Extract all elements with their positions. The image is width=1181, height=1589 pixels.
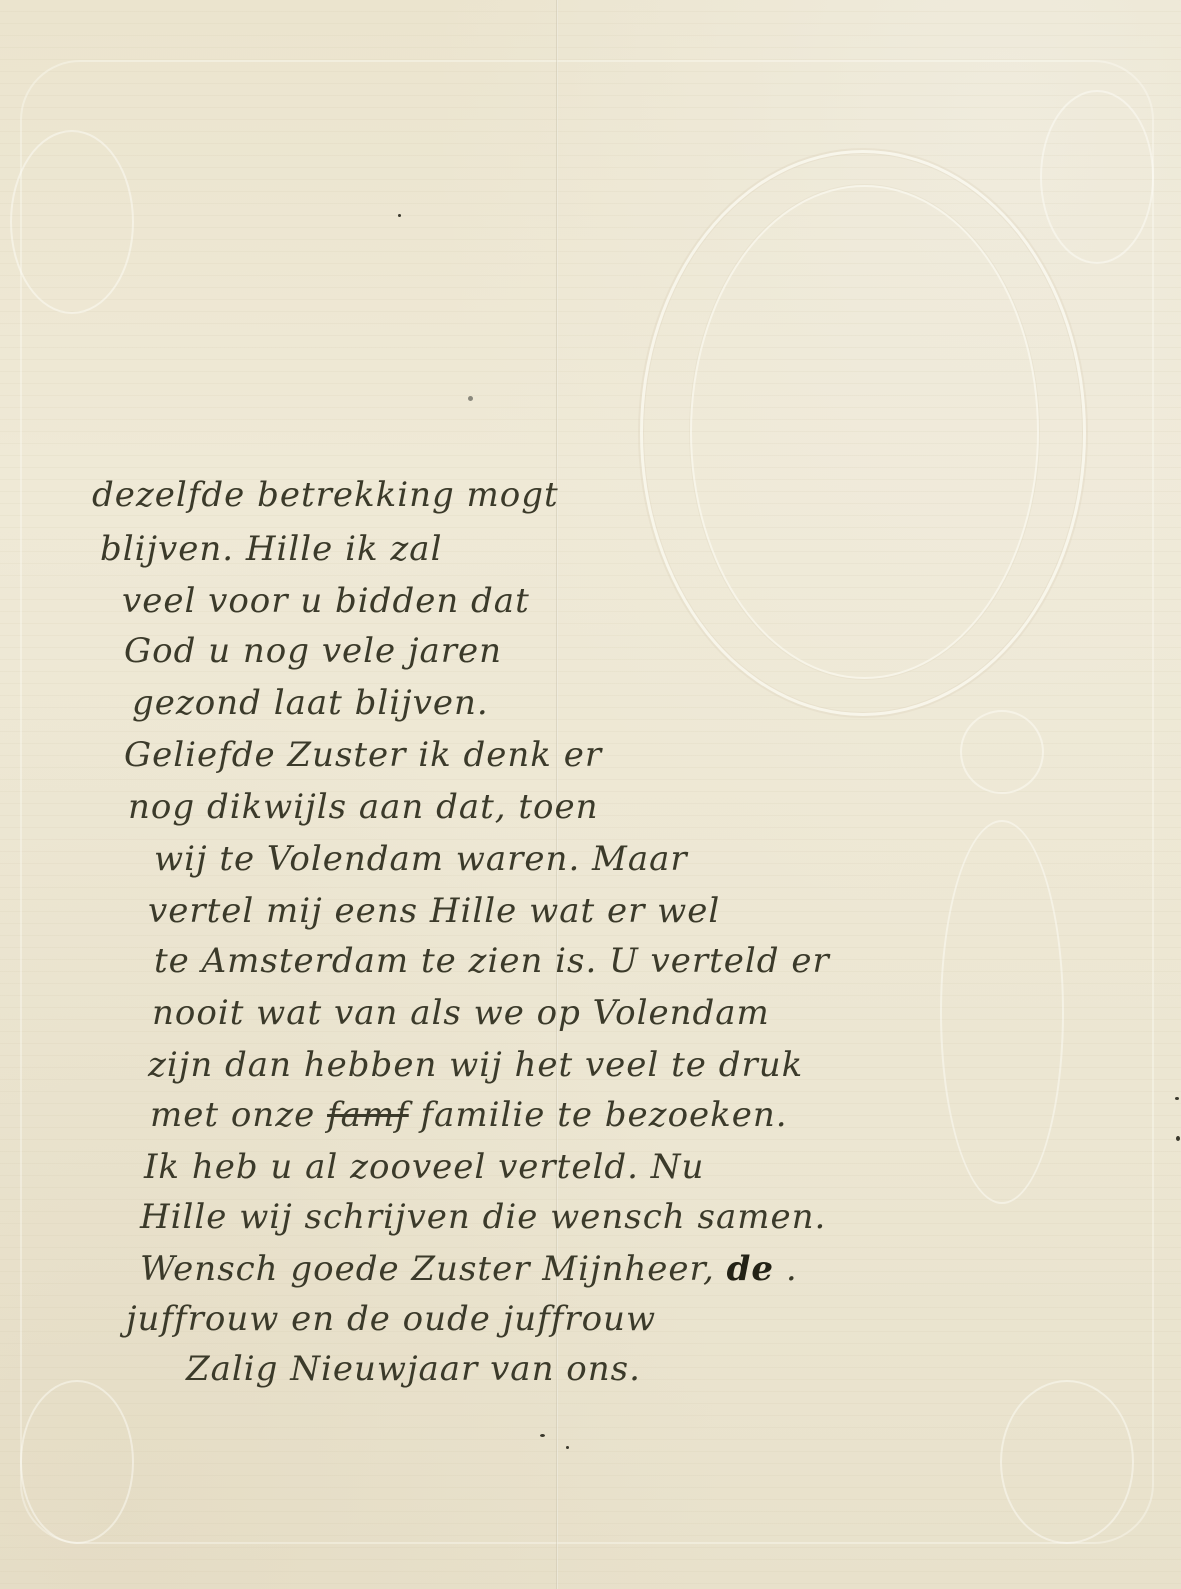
letter-line: Wensch goede Zuster Mijnheer, de . xyxy=(140,1252,798,1286)
struck-out-word: famf xyxy=(327,1095,409,1135)
letter-line: wij te Volendam waren. Maar xyxy=(154,842,688,876)
letter-line: veel voor u bidden dat xyxy=(122,584,530,618)
overwritten-word: de xyxy=(727,1249,774,1289)
letter-line: dezelfde betrekking mogt xyxy=(92,478,559,512)
line-text: met onze xyxy=(150,1095,315,1135)
letter-line: te Amsterdam te zien is. U verteld er xyxy=(154,944,830,978)
line-text: Wensch goede Zuster Mijnheer, xyxy=(140,1249,715,1289)
letter-line: God u nog vele jaren xyxy=(124,634,502,668)
letter-line: vertel mij eens Hille wat er wel xyxy=(148,894,720,928)
letter-closing: Zalig Nieuwjaar van ons. xyxy=(186,1352,641,1386)
letter-line: nooit wat van als we op Volendam xyxy=(152,996,770,1030)
letter-line: gezond laat blijven. xyxy=(132,686,489,720)
letter-line: nog dikwijls aan dat, toen xyxy=(128,790,599,824)
letter-line: Ik heb u al zooveel verteld. Nu xyxy=(144,1150,704,1184)
letter-line: met onze famf familie te bezoeken. xyxy=(150,1098,788,1132)
letter-line: Geliefde Zuster ik denk er xyxy=(124,738,602,772)
line-text-continued: . xyxy=(786,1249,798,1289)
letter-page: dezelfde betrekking mogt blijven. Hille … xyxy=(0,0,1181,1589)
line-text-continued: familie te bezoeken. xyxy=(421,1095,788,1135)
letter-line: zijn dan hebben wij het veel te druk xyxy=(148,1048,803,1082)
handwritten-text: dezelfde betrekking mogt blijven. Hille … xyxy=(0,0,1181,1589)
letter-line: juffrouw en de oude juffrouw xyxy=(126,1302,656,1336)
letter-line: blijven. Hille ik zal xyxy=(100,532,442,566)
letter-line: Hille wij schrijven die wensch samen. xyxy=(140,1200,826,1234)
